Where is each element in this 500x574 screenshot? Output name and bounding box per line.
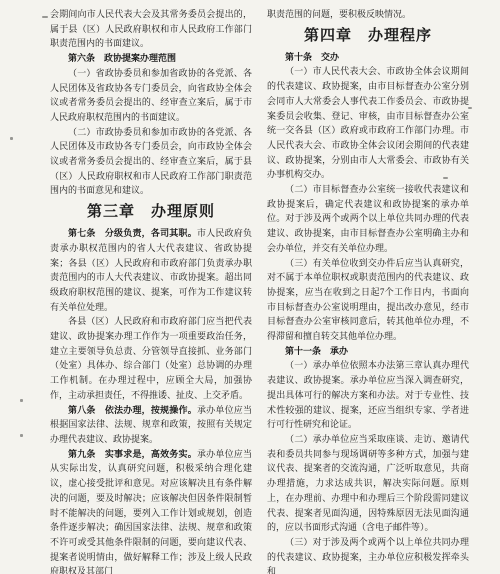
paragraph: 第六条 政协提案办理范围: [50, 51, 252, 66]
paragraph-text: 各县（区）人民政府和市政府部门应当把代表建议、政协提案办理工作作为一项重要政治任…: [50, 316, 252, 400]
scan-speck: [443, 177, 448, 179]
paragraph: （二）承办单位应当采取座谈、走访、邀请代表和委员共同参与现场调研等多种方式，加强…: [267, 432, 469, 535]
paragraph: （三）对于涉及两个或两个以上单位共同办理的代表建议、政协提案，主办单位应积极发挥…: [267, 535, 469, 574]
continuation-paragraph: 职责范围的问题，要积极反映情况。: [267, 7, 469, 22]
paragraph: （三）有关单位收到交办件后应当认真研究，对不属于本单位职权或职责范围内的代表建议…: [267, 256, 469, 344]
paragraph: 第七条 分级负责，各司其职。市人民政府负责承办职权范围内的省人大代表建议、省政协…: [50, 226, 252, 314]
paragraph: 第十一条 承办: [267, 344, 469, 359]
paragraph: （二）市政协委员和参加市政协的各党派、各人民团体及市政协各专门委员会，向市政协全…: [50, 125, 252, 199]
paragraph-text: 承办单位应当从实际出发，认真研究问题，积极采纳合理化建议，虚心接受批评和意见。对…: [50, 449, 252, 574]
paragraph: 第十条 交办: [267, 50, 469, 65]
scan-speck: [10, 137, 13, 140]
right-column: 职责范围的问题，要积极反映情况。第四章 办理程序第十条 交办（一）市人民代表大会…: [267, 7, 469, 574]
paragraph-text: （一）市人民代表大会、市政协全体会议期间的代表建议、政协提案，由市目标督查办公室…: [267, 66, 469, 179]
scan-speck: [20, 399, 23, 402]
paragraph-text: （二）承办单位应当采取座谈、走访、邀请代表和委员共同参与现场调研等多种方式，加强…: [267, 434, 469, 532]
chapter-heading: 第三章 办理原则: [50, 203, 252, 222]
scan-speck: [468, 107, 472, 109]
paragraph-text: （二）市政协委员和参加市政协的各党派、各人民团体及市政协各专门委员会，向市政协全…: [50, 127, 252, 196]
paragraph-text: 市人民政府负责承办职权范围内的省人大代表建议、省政协提案；各县（区）人民政府和市…: [50, 228, 252, 312]
document-page: 会期间向市人民代表大会及其常务委员会提出的，属于县（区）人民政府职权和市人民政府…: [0, 0, 500, 574]
paragraph-text: （三）对于涉及两个或两个以上单位共同办理的代表建议、政协提案，主办单位应积极发挥…: [267, 537, 469, 574]
paragraph-text: （三）有关单位收到交办件后应当认真研究，对不属于本单位职权或职责范围内的代表建议…: [267, 258, 469, 342]
article-lead: 第七条 分级负责，各司其职。: [68, 228, 197, 238]
paragraph-text: （一）省政协委员和参加省政协的各党派、各人民团体及省政协各专门委员会，向省政协全…: [50, 68, 252, 122]
paragraph-text: （二）市目标督查办公室统一接收代表建议和政协提案后，确定代表建议和政协提案的承办…: [267, 184, 469, 253]
article-lead: 第六条 政协提案办理范围: [68, 53, 176, 63]
paragraph-text: （一）承办单位依照本办法第三章认真办理代表建议、政协提案。承办单位应当深入调查研…: [267, 360, 469, 429]
paragraph: 第八条 依法办理，按规操作。承办单位应当根据国家法律、法规、规章和政策，按照有关…: [50, 403, 252, 447]
article-lead: 第八条 依法办理，按规操作。: [68, 405, 197, 415]
paragraph: （一）承办单位依照本办法第三章认真办理代表建议、政协提案。承办单位应当深入调查研…: [267, 358, 469, 432]
paragraph: （一）省政协委员和参加省政协的各党派、各人民团体及省政协各专门委员会，向省政协全…: [50, 66, 252, 125]
scan-speck: [20, 434, 23, 437]
paragraph: 第九条 实事求是，高效务实。承办单位应当从实际出发，认真研究问题，积极采纳合理化…: [50, 447, 252, 574]
article-lead: 第九条 实事求是，高效务实。: [68, 449, 197, 459]
paragraph: （一）市人民代表大会、市政协全体会议期间的代表建议、政协提案，由市目标督查办公室…: [267, 64, 469, 182]
article-lead: 第十一条 承办: [285, 346, 348, 356]
two-column-layout: 会期间向市人民代表大会及其常务委员会提出的，属于县（区）人民政府职权和市人民政府…: [0, 0, 500, 574]
scan-speck: [42, 16, 48, 18]
left-column: 会期间向市人民代表大会及其常务委员会提出的，属于县（区）人民政府职权和市人民政府…: [50, 7, 252, 574]
paragraph-text: 会期间向市人民代表大会及其常务委员会提出的，属于县（区）人民政府职权和市人民政府…: [50, 9, 252, 48]
continuation-paragraph: 会期间向市人民代表大会及其常务委员会提出的，属于县（区）人民政府职权和市人民政府…: [50, 7, 252, 51]
chapter-heading: 第四章 办理程序: [267, 27, 469, 46]
paragraph: 各县（区）人民政府和市政府部门应当把代表建议、政协提案办理工作作为一项重要政治任…: [50, 314, 252, 402]
article-lead: 第十条 交办: [285, 52, 339, 62]
paragraph: （二）市目标督查办公室统一接收代表建议和政协提案后，确定代表建议和政协提案的承办…: [267, 182, 469, 256]
paragraph-text: 职责范围的问题，要积极反映情况。: [267, 9, 411, 19]
